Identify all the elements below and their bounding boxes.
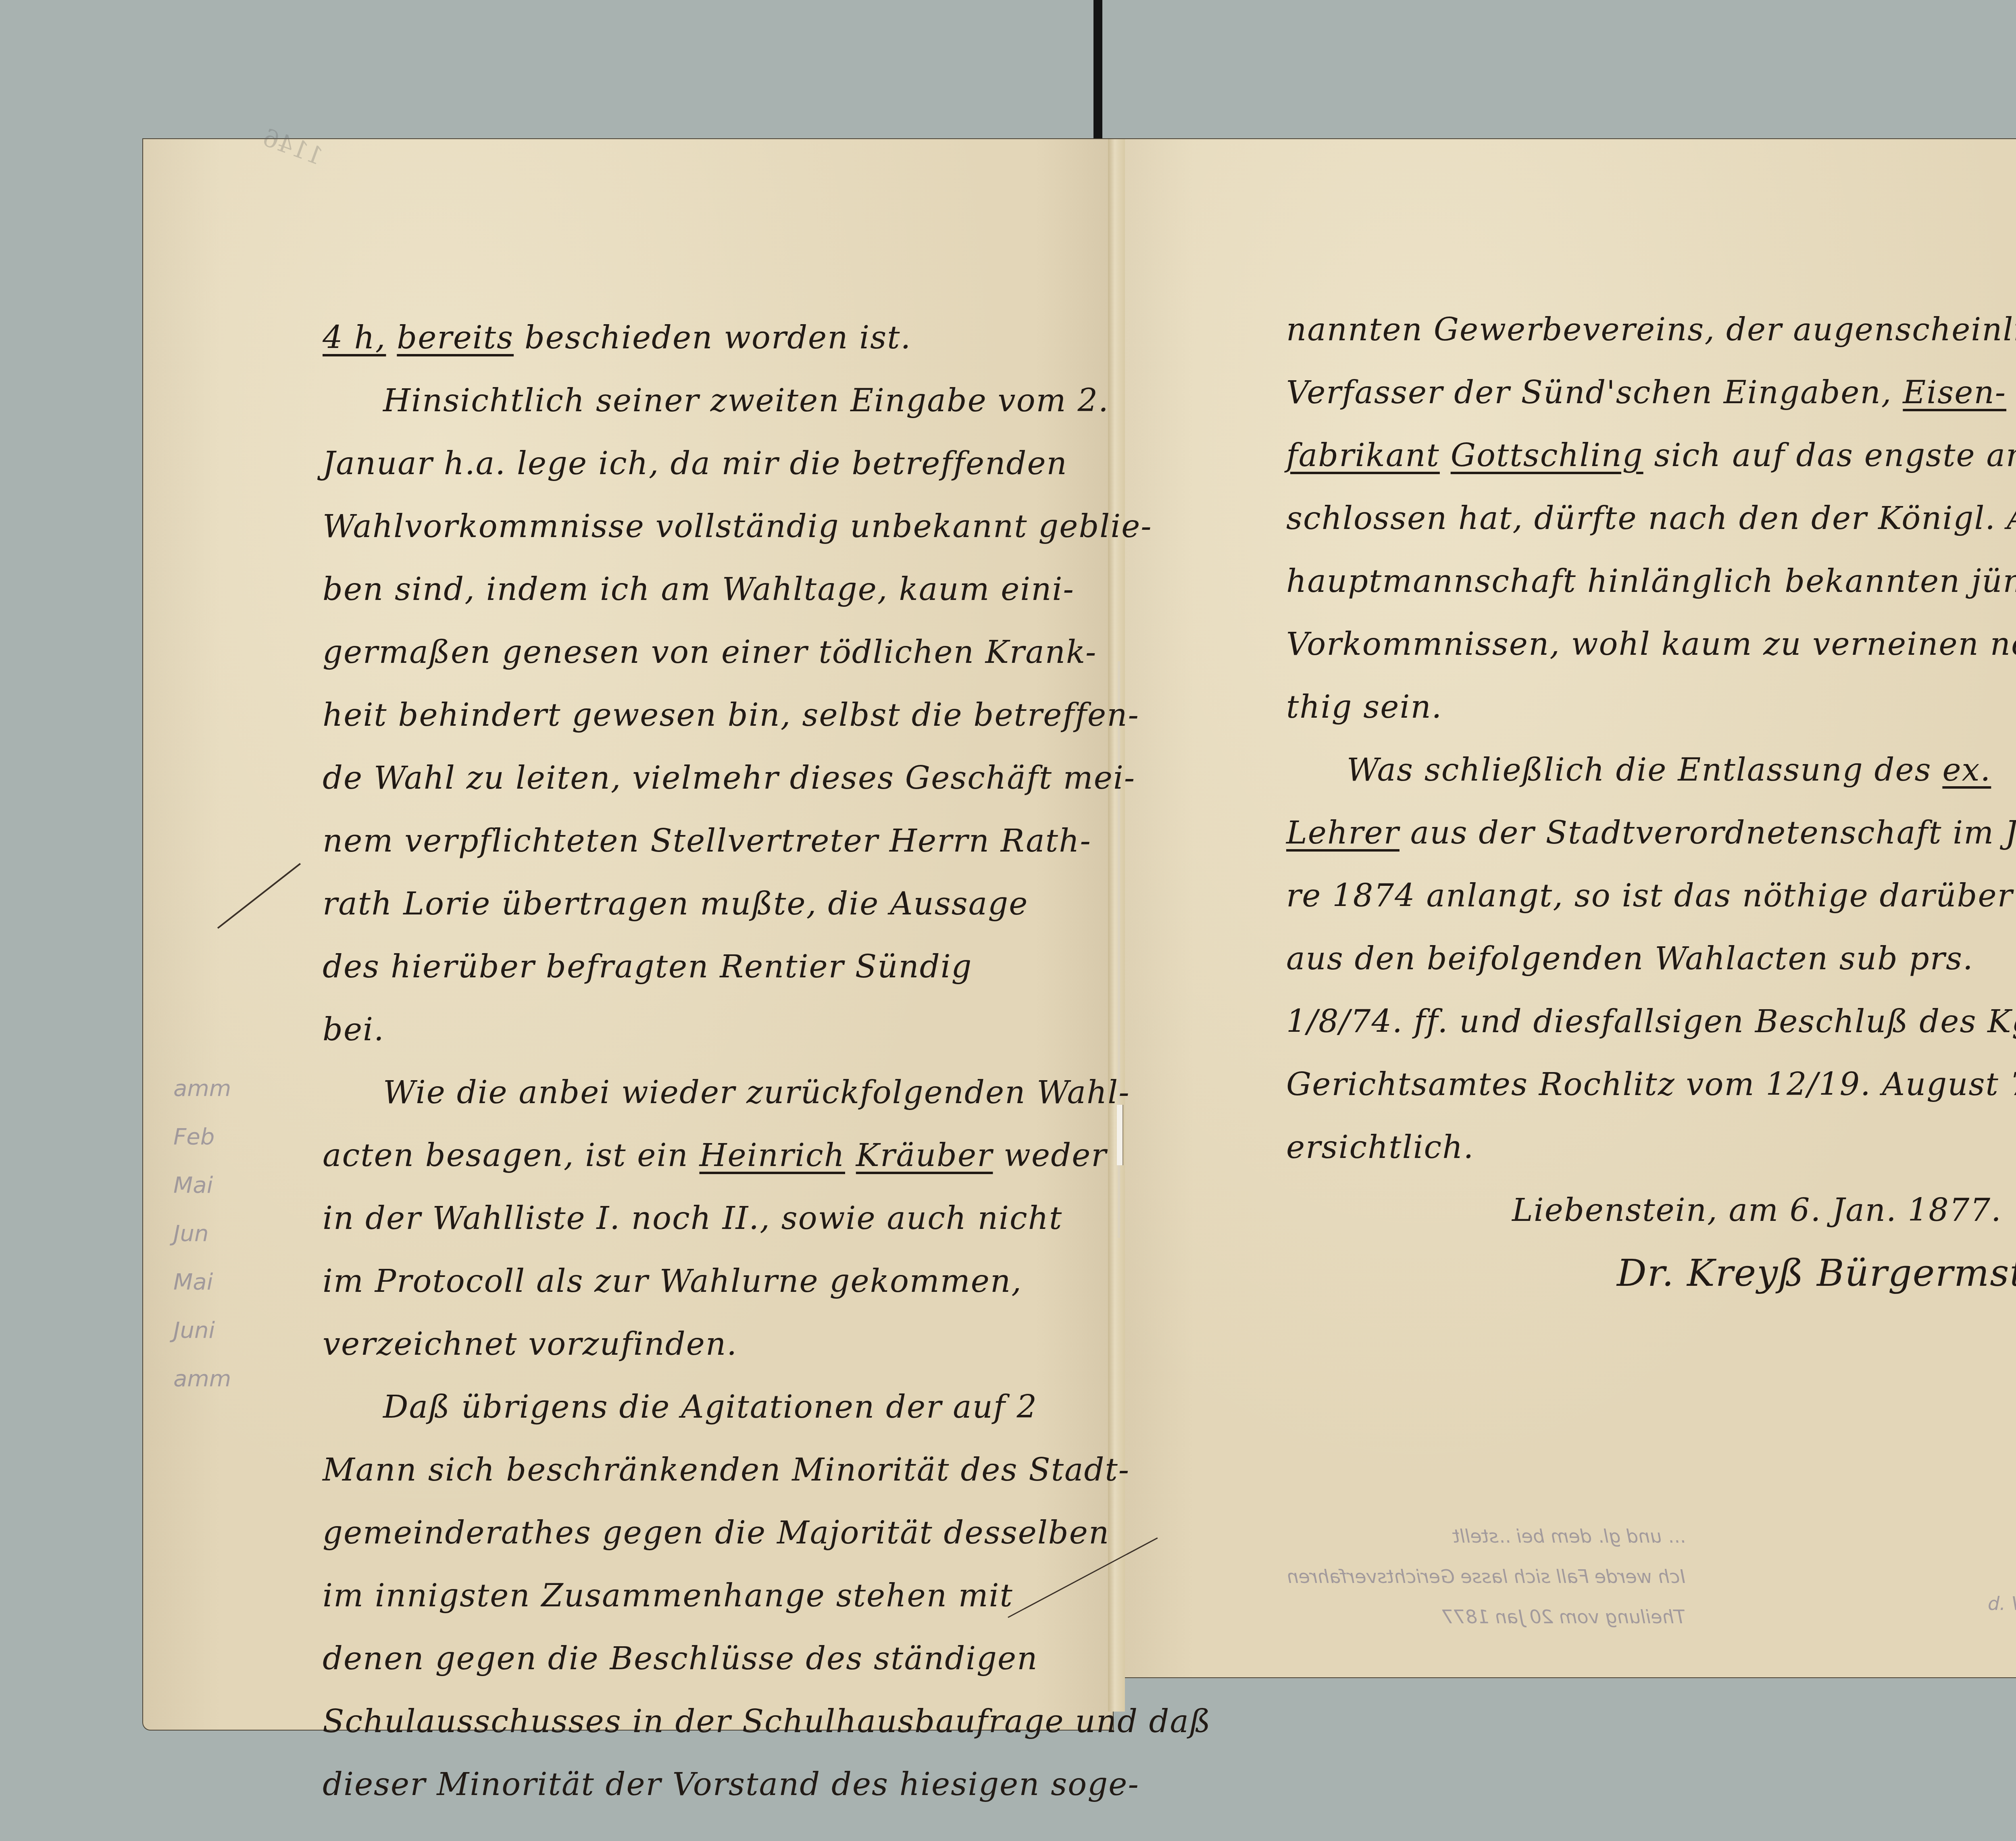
margin-note: Mai xyxy=(173,1258,270,1306)
text-line: Wie die anbei wieder zurückfolgenden Wah… xyxy=(323,1061,1109,1124)
right-page-text: nannten Gewerbevereins, der augenscheinl… xyxy=(1286,298,2016,1305)
bottom-right-pencil-note: d. Vfg. xyxy=(1988,1593,2016,1614)
folio-reference: 4 h, xyxy=(323,320,386,356)
margin-note: Mai xyxy=(173,1161,270,1210)
margin-note: amm xyxy=(173,1064,270,1113)
underlined-name: Heinrich xyxy=(700,1137,846,1174)
text-line: re 1874 anlangt, so ist das nöthige darü… xyxy=(1286,864,2016,927)
text-line: nannten Gewerbevereins, der augenscheinl… xyxy=(1286,298,2016,361)
text-line: verzeichnet vorzufinden. xyxy=(323,1313,1109,1376)
underlined-word: Lehrer xyxy=(1286,815,1400,851)
text-line: 4 h, bereits beschieden worden ist. xyxy=(323,306,1109,369)
text-line: denen gegen die Beschlüsse des ständigen xyxy=(323,1627,1109,1690)
margin-note: amm xyxy=(173,1355,270,1403)
underlined-name: Kräuber xyxy=(856,1137,993,1174)
text-line: Verfasser der Sünd'schen Eingaben, Eisen… xyxy=(1286,361,2016,424)
text-line: Mann sich beschränkenden Minorität des S… xyxy=(323,1439,1109,1502)
text-line: nem verpflichteten Stellvertreter Herrn … xyxy=(323,810,1109,873)
text-line: thig sein. xyxy=(1286,676,2016,739)
text-line: 1/8/74. ff. und diesfallsigen Beschluß d… xyxy=(1286,990,2016,1053)
text-line: ben sind, indem ich am Wahltage, kaum ei… xyxy=(323,558,1109,621)
text-line: Schulausschusses in der Schulhausbaufrag… xyxy=(323,1690,1109,1753)
text-line: dieser Minorität der Vorstand des hiesig… xyxy=(323,1753,1109,1816)
text-line: de Wahl zu leiten, vielmehr dieses Gesch… xyxy=(323,747,1109,810)
underlined-word: fabrikant xyxy=(1286,437,1440,474)
text-line: des hierüber befragten Rentier Sündig xyxy=(323,935,1109,998)
margin-note: Feb xyxy=(173,1113,270,1161)
text-line: heit behindert gewesen bin, selbst die b… xyxy=(323,684,1109,747)
text-line: fabrikant Gottschling sich auf das engst… xyxy=(1286,424,2016,487)
text-line: rath Lorie übertragen mußte, die Aussage xyxy=(323,873,1109,935)
bleed-note: Theilung vom 20 Jan 1877 xyxy=(1161,1597,1685,1637)
text-line: im innigsten Zusammenhange stehen mit xyxy=(323,1564,1109,1627)
text-line: im Protocoll als zur Wahlurne gekommen, xyxy=(323,1250,1109,1313)
text-line: gemeinderathes gegen die Majorität desse… xyxy=(323,1502,1109,1564)
text-line: bei. xyxy=(323,998,1109,1061)
text-line: hauptmannschaft hinlänglich bekannten jü… xyxy=(1286,550,2016,613)
underlined-word: Eisen- xyxy=(1903,375,2006,411)
bleed-note: ... und gl. dem bei ..stellt xyxy=(1161,1516,1685,1556)
text-line: aus den beifolgenden Wahlacten sub prs. xyxy=(1286,927,2016,990)
text-line: Gerichtsamtes Rochlitz vom 12/19. August… xyxy=(1286,1053,2016,1116)
text-line: ersichtlich. xyxy=(1286,1116,2016,1179)
text-line: Lehrer aus der Stadtverordnetenschaft im… xyxy=(1286,802,2016,864)
background-divider-bar xyxy=(1093,0,1102,142)
text-line: Daß übrigens die Agitationen der auf 2 xyxy=(323,1376,1109,1439)
pencil-bleed-through-notes: ... und gl. dem bei ..stellt Ich werde F… xyxy=(1161,1516,1685,1637)
margin-note: Juni xyxy=(173,1306,270,1355)
place-and-date: Liebenstein, am 6. Jan. 1877. xyxy=(1286,1179,2016,1242)
text-line: in der Wahlliste I. noch II., sowie auch… xyxy=(323,1187,1109,1250)
signature: Dr. Kreyß Bürgermstr. xyxy=(1286,1242,2016,1305)
text-line: Was schließlich die Entlassung des ex. xyxy=(1286,739,2016,802)
left-margin-pencil-notes: amm Feb Mai Jun Mai Juni amm xyxy=(173,1064,270,1403)
bleed-note: Ich werde Fall sich lasse Gerichtsverfah… xyxy=(1161,1556,1685,1597)
underlined-word: ex. xyxy=(1942,752,1991,788)
text-line: Januar h.a. lege ich, da mir die betreff… xyxy=(323,432,1109,495)
text-line: schlossen hat, dürfte nach den der König… xyxy=(1286,487,2016,550)
text-line: Wahlvorkommnisse vollständig unbekannt g… xyxy=(323,495,1109,558)
text-line: Hinsichtlich seiner zweiten Eingabe vom … xyxy=(323,369,1109,432)
text-line: Vorkommnissen, wohl kaum zu verneinen nö… xyxy=(1286,613,2016,676)
left-page-text: 4 h, bereits beschieden worden ist. Hins… xyxy=(323,306,1109,1816)
underlined-word: bereits xyxy=(397,320,514,356)
margin-note: Jun xyxy=(173,1210,270,1258)
underlined-name: Gottschling xyxy=(1451,437,1643,474)
text-line: germaßen genesen von einer tödlichen Kra… xyxy=(323,621,1109,684)
text-line: acten besagen, ist ein Heinrich Kräuber … xyxy=(323,1124,1109,1187)
